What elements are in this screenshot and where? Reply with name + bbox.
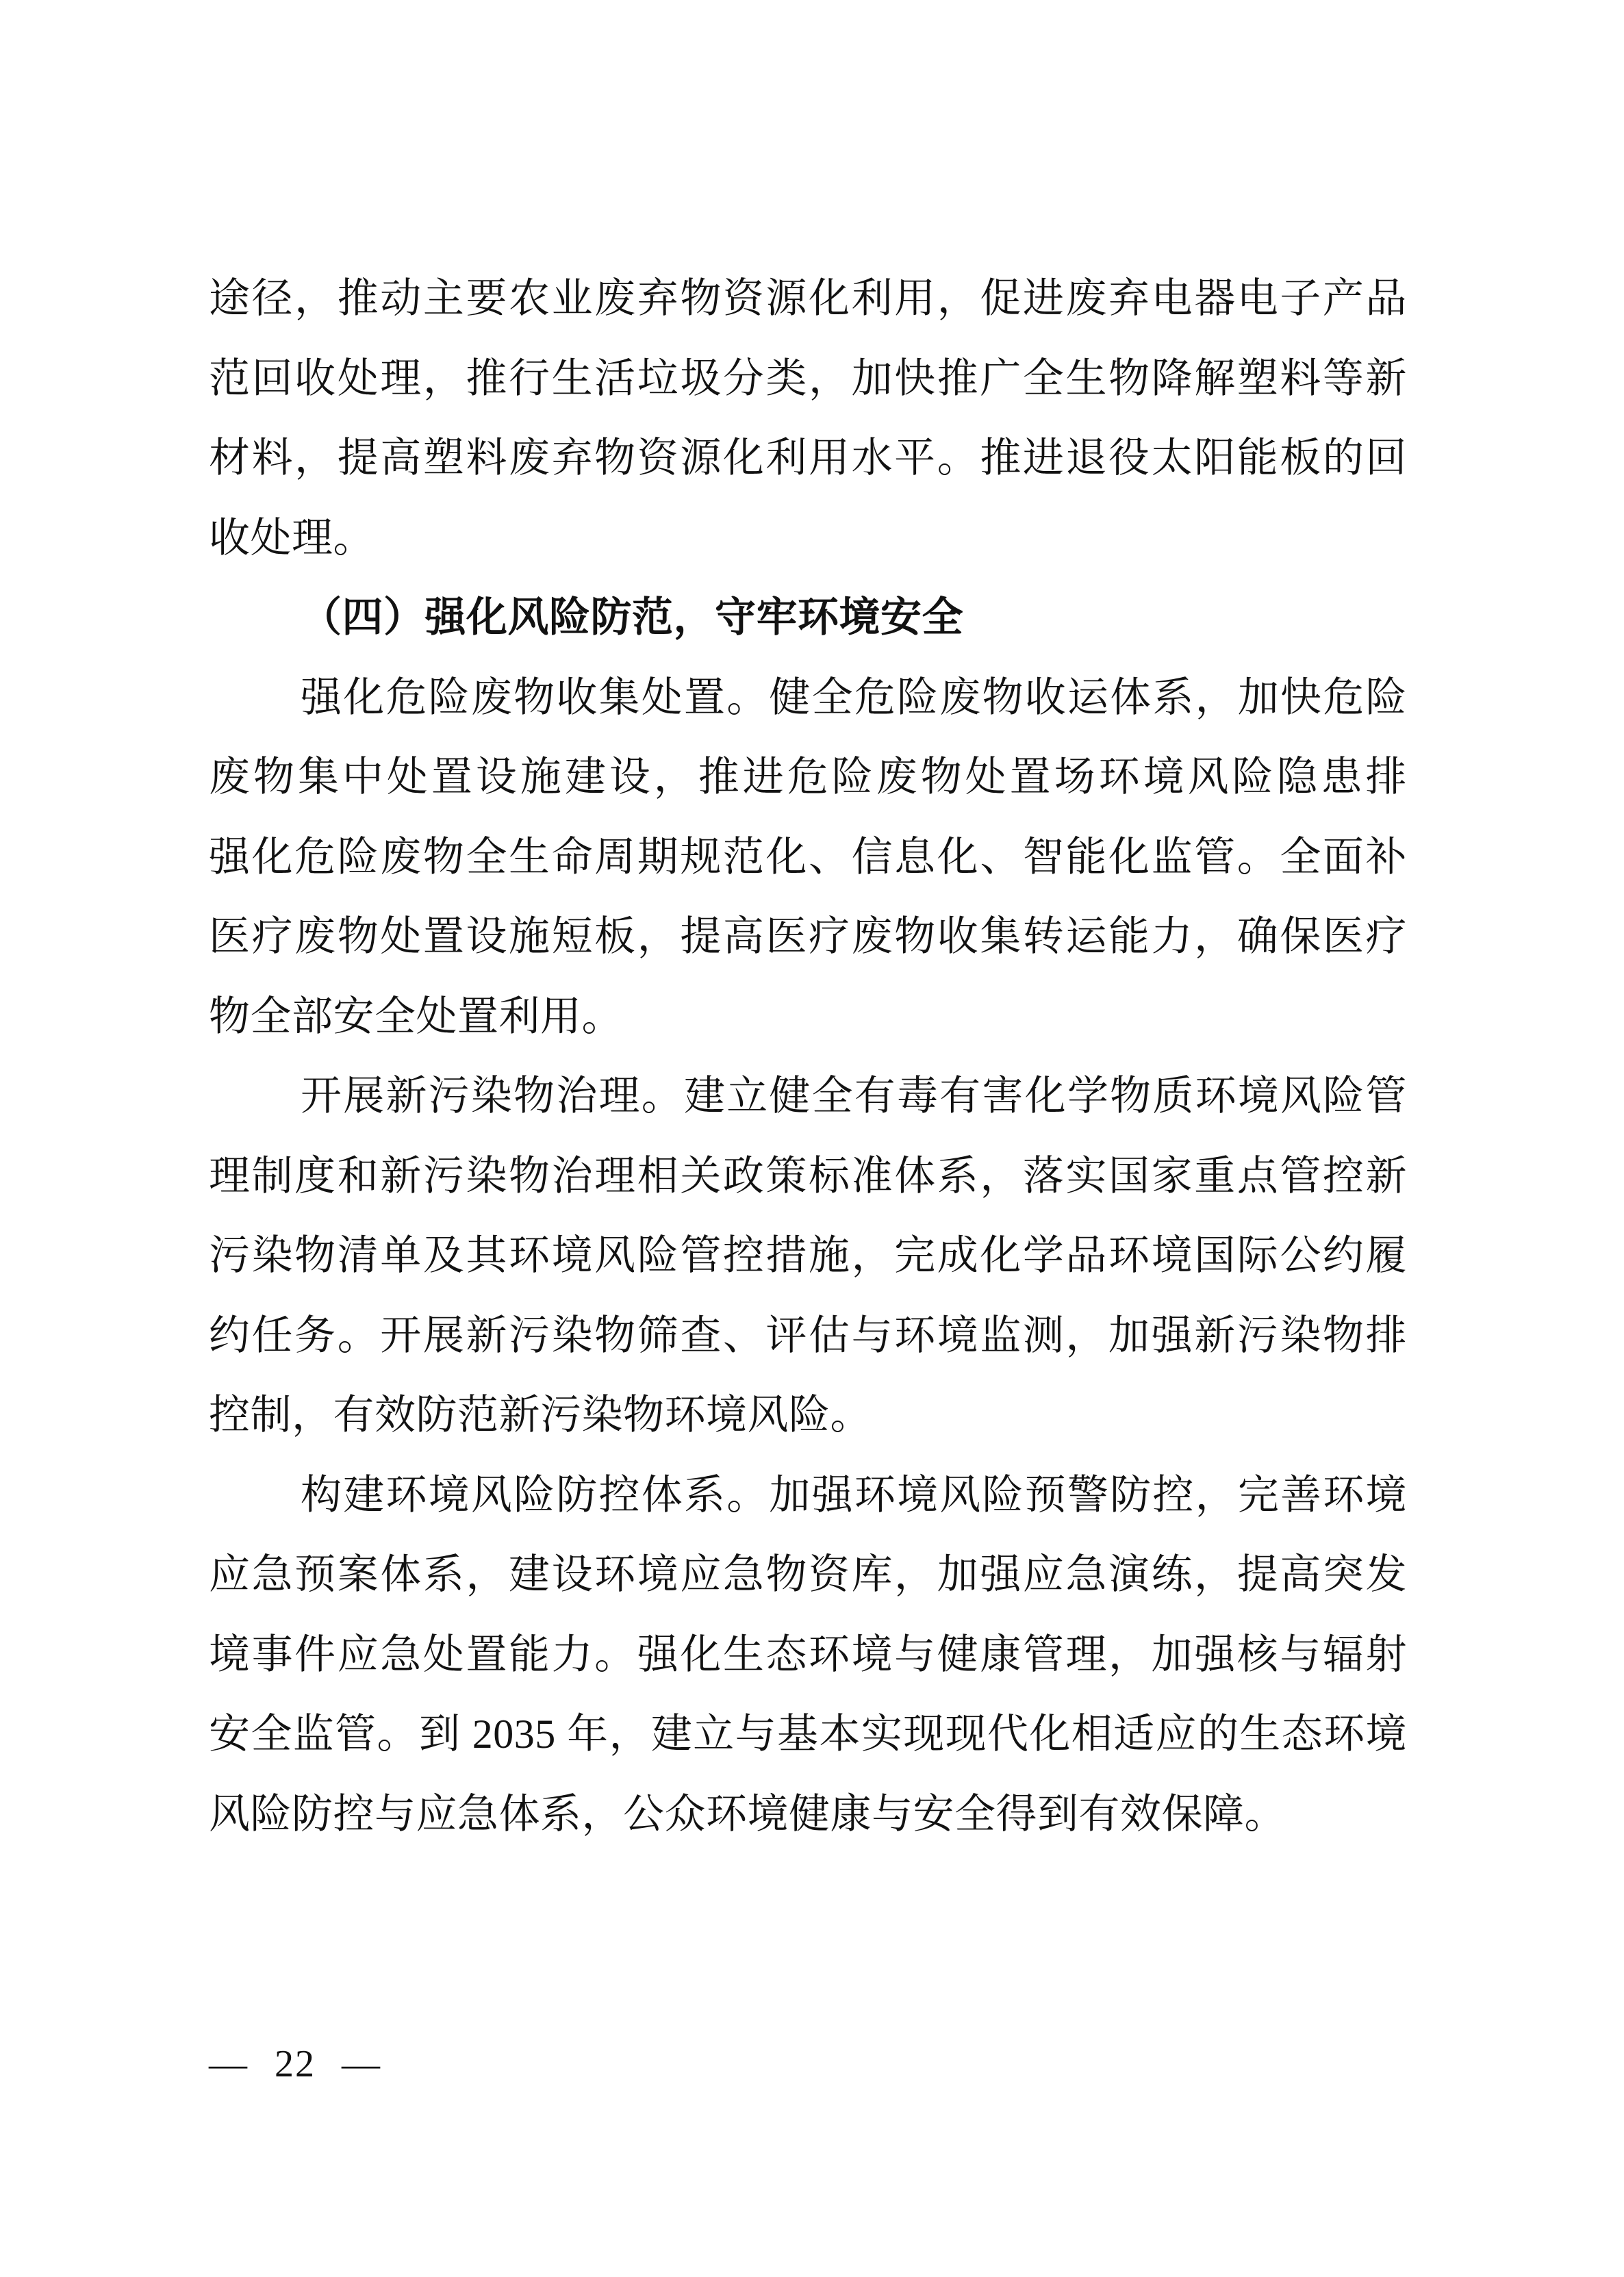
text-line: 风险防控与应急体系，公众环境健康与安全得到有效保障。 [209,1774,1407,1855]
text-line: 废物集中处置设施建设，推进危险废物处置场环境风险隐患排查， [209,737,1407,817]
text-line: 约任务。开展新污染物筛查、评估与环境监测，加强新污染物排放 [209,1296,1407,1376]
text-line: 理制度和新污染物治理相关政策标准体系，落实国家重点管控新 [209,1136,1407,1217]
text-line: 应急预案体系，建设环境应急物资库，加强应急演练，提高突发环 [209,1535,1407,1615]
text-line: 医疗废物处置设施短板，提高医疗废物收集转运能力，确保医疗废 [209,897,1407,977]
text-line: 强化危险废物收集处置。健全危险废物收运体系，加快危险 [209,658,1407,738]
text-line: 收处理。 [209,498,1407,578]
text-line: 控制，有效防范新污染物环境风险。 [209,1375,1407,1455]
text-line: 开展新污染物治理。建立健全有毒有害化学物质环境风险管 [209,1056,1407,1136]
text-block: 途径，推动主要农业废弃物资源化利用，促进废弃电器电子产品规 范回收处理，推行生活… [209,259,1407,1854]
text-line: 污染物清单及其环境风险管控措施，完成化学品环境国际公约履 [209,1216,1407,1296]
text-line: 范回收处理，推行生活垃圾分类，加快推广全生物降解塑料等新型 [209,339,1407,419]
text-line: 境事件应急处置能力。强化生态环境与健康管理，加强核与辐射 [209,1615,1407,1695]
text-line: 强化危险废物全生命周期规范化、信息化、智能化监管。全面补齐 [209,817,1407,898]
text-line: 构建环境风险防控体系。加强环境风险预警防控，完善环境 [209,1455,1407,1536]
text-line: 物全部安全处置利用。 [209,977,1407,1057]
document-page: 途径，推动主要农业废弃物资源化利用，促进废弃电器电子产品规 范回收处理，推行生活… [0,0,1624,2277]
text-line: 途径，推动主要农业废弃物资源化利用，促进废弃电器电子产品规 [209,259,1407,339]
text-line: 材料，提高塑料废弃物资源化利用水平。推进退役太阳能板的回 [209,418,1407,498]
section-heading: （四）强化风险防范，守牢环境安全 [209,578,1407,658]
text-line: 安全监管。到 2035 年，建立与基本实现现代化相适应的生态环境 [209,1694,1407,1774]
page-number: — 22 — [209,2044,381,2085]
